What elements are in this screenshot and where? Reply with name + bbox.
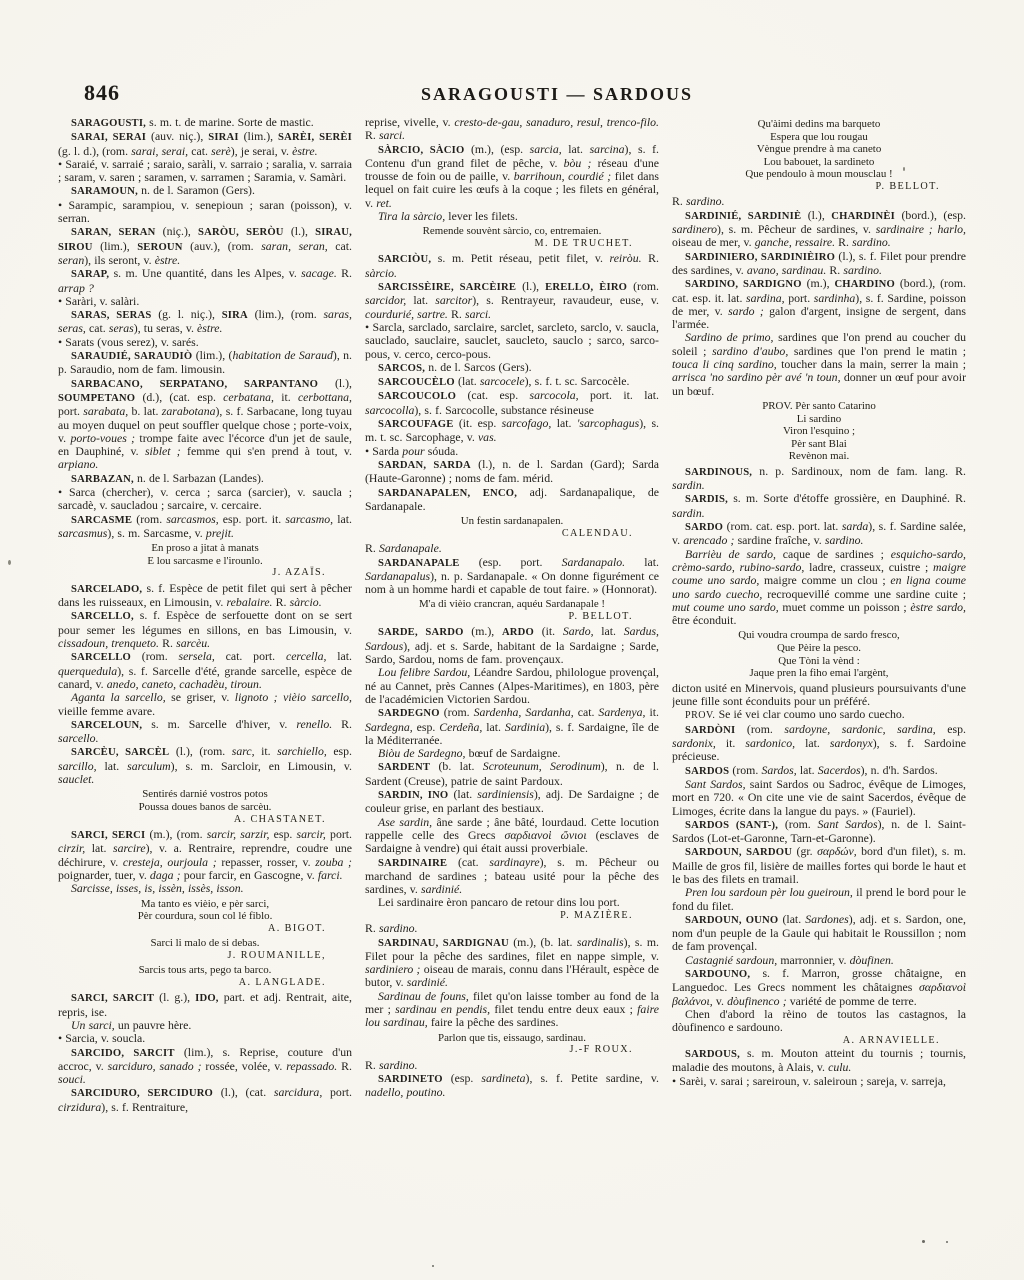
dictionary-entry: SARDINIERO, SARDINIÈIRO (l.), s. f. File…	[672, 250, 966, 278]
entry-text: Biòu de Sardegno,	[378, 746, 465, 760]
entry-text: renello.	[296, 717, 332, 731]
headword: SARAS, SERAS	[71, 310, 151, 321]
entry-text: σαρδών,	[817, 844, 857, 858]
verse-attribution: CALENDAU.	[365, 528, 659, 541]
cross-reference: • Sarca (chercher), v. cerca ; sarca (sa…	[58, 486, 352, 513]
entry-text: port. it. lat.	[579, 388, 659, 402]
entry-text: • Sarda	[365, 444, 402, 458]
entry-text: (bord.), (esp.	[895, 208, 966, 222]
dictionary-entry: SARAS, SERAS (g. l. niç.), SIRA (lim.), …	[58, 308, 352, 336]
entry-text: seras	[109, 321, 134, 335]
entry-text: harlo,	[937, 222, 966, 236]
entry-text: reiròu.	[610, 251, 642, 265]
cross-reference: • Sarèi, v. sarai ; sareiroun, v. saleir…	[672, 1075, 966, 1088]
headword: SARCI, SARCIT	[71, 993, 154, 1004]
entry-text: R.	[365, 541, 379, 555]
entry-text: recroquevillé comme une sardine cuite ;	[762, 587, 966, 601]
headword: SARCELADO,	[71, 584, 142, 595]
entry-text: caque de sardines ;	[776, 547, 891, 561]
headword: SARDINIÉ, SARDINIÈ	[685, 211, 801, 222]
entry-text: sarai, serai,	[131, 144, 188, 158]
entry-text: prejit.	[206, 526, 234, 540]
headword: CHARDINÈI	[831, 211, 895, 222]
entry-text: ), s. f. t. sc. Sarcocèle.	[525, 374, 630, 388]
entry-text: sardino.	[686, 194, 725, 208]
entry-text: R.	[835, 235, 852, 249]
entry-text: (rom.	[778, 817, 817, 831]
dictionary-entry: SARBACANO, SERPATANO, SARPANTANO (l.), S…	[58, 377, 352, 472]
entry-text: sardinau en pendis,	[395, 1002, 490, 1016]
headword: SARDIS,	[685, 494, 728, 505]
dictionary-entry: SARCELLO, s. f. Espèce de serfouette don…	[58, 609, 352, 650]
headword: SARDOS	[685, 766, 729, 777]
scan-speck	[946, 1241, 948, 1243]
dictionary-entry: Lou felibre Sardou, Léandre Sardou, phil…	[365, 666, 659, 706]
entry-text: sardonix,	[672, 736, 716, 750]
verse-block: Qui voudra croumpa de sardo fresco,Que P…	[672, 629, 966, 679]
entry-text: Sardegna,	[365, 720, 413, 734]
verse-line: Qui voudra croumpa de sardo fresco,	[672, 629, 966, 642]
dictionary-entry: Tira la sàrcio, lever les filets.	[365, 210, 659, 223]
entry-text: lat.	[551, 416, 576, 430]
entry-text: variété de pomme de terre.	[787, 994, 917, 1008]
headword: SARDE, SARDO	[378, 627, 464, 638]
entry-text: saran, seran,	[261, 239, 328, 253]
dictionary-entry: R. Sardanapale.	[365, 542, 659, 555]
entry-text: • Sarcla, sarclado, sarclaire, sarclet, …	[365, 320, 659, 361]
dictionary-entry: R. sardino.	[365, 1059, 659, 1072]
dictionary-entry: SARCI, SARCIT (l. g.), IDO, part. et adj…	[58, 991, 352, 1019]
headword: SIRAI	[208, 132, 238, 143]
entry-text: • Saràri, v. salàri.	[58, 294, 139, 308]
dictionary-entry: SARBAZAN, n. de l. Sarbazan (Landes).	[58, 472, 352, 486]
headword: ERELLO, ÈIRO	[545, 282, 627, 293]
entry-text: cissadoun, trenqueto.	[58, 636, 159, 650]
entry-text: ladre, crasseux, cuistre ;	[804, 560, 933, 574]
entry-text: Aganta la sarcello,	[71, 690, 166, 704]
headword: SARDOS (SANT-),	[685, 820, 778, 831]
entry-text: 'sarcophagus	[577, 416, 639, 430]
verse-block: En proso a jitat à manatsE lou sarcasme …	[58, 542, 352, 580]
dictionary-entry: SARDE, SARDO (m.), ARDO (it. Sardo, lat.…	[365, 625, 659, 666]
headword: SARDAN, SARDA	[378, 460, 471, 471]
headword: IDO,	[195, 993, 219, 1004]
scanned-dictionary-page: { "page": { "number": "846", "header": "…	[0, 0, 1024, 1280]
entry-text: Sardo,	[563, 624, 594, 638]
entry-text: sardines que l'on prend le matin ;	[788, 344, 966, 358]
entry-text: Lei sardinaire èron pancaro de retour di…	[378, 895, 620, 909]
dictionary-entry: Pren lou sardoun pèr lou gueiroun, il pr…	[672, 886, 966, 913]
dictionary-entry: SARDOUN, SARDOU (gr. σαρδών, bord d'un f…	[672, 845, 966, 886]
entry-text: querquedula	[58, 664, 117, 678]
entry-text: cerbatana,	[223, 390, 274, 404]
entry-text: ), tu seras, v.	[134, 321, 197, 335]
entry-text: esp. port. it.	[219, 512, 286, 526]
entry-text: ), s. f. Sarcocolle, substance résineuse	[414, 403, 594, 417]
entry-text: • Sarampic, sarampiou, v. senepioun ; sa…	[58, 198, 352, 225]
entry-text: sarcina	[590, 142, 625, 156]
entry-text: (m.), (b. lat.	[509, 935, 577, 949]
entry-text: avano, sardinau.	[747, 263, 826, 277]
entry-text: dicton usité en Minervois, quand plusieu…	[672, 681, 966, 708]
dictionary-entry: Biòu de Sardegno, bœuf de Sardaigne.	[365, 747, 659, 760]
entry-text: arpiano.	[58, 457, 98, 471]
headword: SARDINOUS,	[685, 467, 752, 478]
entry-text: ), s. Rentrayeur, ravaudeur, euse, v.	[472, 293, 659, 307]
dictionary-entry: SARCOUCOLO (cat. esp. sarcocola, port. i…	[365, 389, 659, 417]
entry-text: (lat.	[455, 374, 480, 388]
verse-line: Sarcis tous arts, pego ta barco.	[58, 964, 352, 977]
dictionary-entry: SÀRCIO, SÀCIO (m.), (esp. sarcia, lat. s…	[365, 143, 659, 210]
entry-text: Sardanapalus	[365, 569, 430, 583]
entry-text: lat.	[625, 555, 659, 569]
entry-text: Sardanapalo.	[562, 555, 625, 569]
entry-text: seran	[58, 253, 84, 267]
entry-text: (m.), (rom.	[145, 827, 206, 841]
verse-line: M'a di vièio crancran, aquéu Sardanapale…	[365, 598, 659, 611]
entry-text: (m.),	[802, 276, 835, 290]
verse-block: Sentirés darnié vostros potosPoussa doue…	[58, 788, 352, 826]
entry-text: sàrcio.	[365, 266, 397, 280]
verse-line: Viron l'esquino ;	[672, 425, 966, 438]
entry-text: Sant Sardos	[818, 817, 878, 831]
headword: SARCÈU, SARCÈL	[71, 747, 169, 758]
entry-text: èstre.	[292, 144, 317, 158]
entry-text: (lim.), (	[192, 348, 232, 362]
entry-text: R.	[365, 1058, 379, 1072]
headword: SARAGOUSTI,	[71, 118, 146, 129]
entry-text: sarc,	[232, 744, 255, 758]
entry-text: (lat.	[448, 787, 477, 801]
entry-text: (esp. port.	[460, 555, 562, 569]
entry-text: ), ils seront, v.	[84, 253, 154, 267]
entry-text: souci.	[58, 1072, 86, 1086]
verse-line: Qu'àimi dedins ma barqueto	[672, 118, 966, 131]
headword: SARDO	[685, 522, 723, 533]
dictionary-entry: SARDENT (b. lat. Scroteunum, Serodinum),…	[365, 760, 659, 788]
dictionary-entry: SARAMOUN, n. de l. Saramon (Gers).	[58, 184, 352, 198]
entry-text: Sant Sardos,	[685, 777, 746, 791]
entry-text: (rom. cat. esp. port. lat.	[723, 519, 842, 533]
headword: SARDINO, SARDIGNO	[685, 279, 802, 290]
entry-text: (l.), (rom.	[169, 744, 231, 758]
dictionary-entry: SARDINIÉ, SARDINIÈ (l.), CHARDINÈI (bord…	[672, 209, 966, 250]
dictionary-entry: Sant Sardos, saint Sardos ou Sadroc, évê…	[672, 778, 966, 818]
dictionary-entry: SARCI, SERCI (m.), (rom. sarcir, sarzir,…	[58, 828, 352, 882]
entry-text: R.	[337, 266, 352, 280]
entry-text: cirzir,	[58, 841, 85, 855]
entry-text: Pren lou sardoun pèr lou gueiroun,	[685, 885, 853, 899]
entry-text: ), s. f. Petite sardine, v.	[526, 1071, 659, 1085]
entry-text: pour	[402, 444, 424, 458]
entry-text: sarcidura,	[274, 1085, 322, 1099]
dictionary-entry: SARDANAPALEN, ENCO, adj. Sardanapalique,…	[365, 486, 659, 514]
entry-text: Castagnié sardoun,	[685, 953, 777, 967]
entry-text: port.	[322, 1085, 352, 1099]
entry-text: (l. g.),	[154, 990, 195, 1004]
entry-text: maigre comme un clou ;	[759, 573, 890, 587]
entry-text: esp.	[413, 720, 439, 734]
entry-text: ), s. m. Pêcheur de sardines, v.	[717, 222, 876, 236]
entry-text: sardinalis	[577, 935, 624, 949]
entry-text: ), s. m. Sarcloir, en Limousin, v.	[171, 759, 352, 773]
entry-text: (m.), (esp.	[464, 142, 529, 156]
verse-line: Ma tanto es vièio, e pèr sarci,	[58, 898, 352, 911]
headword: SARBAZAN,	[71, 474, 134, 485]
entry-text: sardonico,	[745, 736, 795, 750]
entry-text: sarcèu.	[176, 636, 210, 650]
entry-text: arrap ?	[58, 281, 94, 295]
entry-text: ), n. d'h. Sardos.	[861, 763, 938, 777]
verse-line: Parlon que tis, eissaugo, sardinau.	[365, 1032, 659, 1045]
headword: SÀRCIO, SÀCIO	[378, 145, 464, 156]
entry-text: zarabotana	[162, 404, 216, 418]
headword: SARAUDIÉ, SARAUDIÒ	[71, 351, 192, 362]
entry-text: sarcasmo,	[285, 512, 333, 526]
verse-block: PROV. Pèr santo CatarinoLi sardinoViron …	[672, 400, 966, 463]
dictionary-entry: dicton usité en Minervois, quand plusieu…	[672, 682, 966, 709]
dictionary-entry: SARDOUN, OUNO (lat. Sardones), adj. et s…	[672, 913, 966, 954]
entry-text: (g. l. niç.),	[151, 307, 221, 321]
entry-text: vièio sarcello,	[283, 690, 352, 704]
entry-text: n. de l. Sarbazan (Landes).	[134, 471, 264, 485]
entry-text: habitation de Saraud	[232, 348, 332, 362]
entry-text: sarcidor,	[365, 293, 406, 307]
entry-text: n. de l. Saramon (Gers).	[138, 183, 255, 197]
verse-line: Jaque pren la fiho emai l'argènt,	[672, 667, 966, 680]
entry-text: (m.),	[464, 624, 502, 638]
dictionary-entry: SARCELADO, s. f. Espèce de petit filet q…	[58, 582, 352, 610]
dictionary-entry: SARDIS, s. m. Sorte d'étoffe grossière, …	[672, 492, 966, 520]
entry-text: R.	[826, 263, 843, 277]
entry-text: R.	[332, 717, 352, 731]
entry-text: Sardinau de founs,	[378, 989, 469, 1003]
headword: SARAP,	[71, 269, 109, 280]
entry-text: vieille femme avare.	[58, 704, 155, 718]
entry-text: ), adj. et s. Sarde, habitant de la Sard…	[365, 639, 659, 666]
entry-text: (cat.	[447, 855, 489, 869]
dictionary-entry: SARDOUNO, s. f. Marron, grosse châtaigne…	[672, 967, 966, 1008]
entry-text: sarcello.	[58, 731, 99, 745]
entry-text: it.	[255, 744, 278, 758]
entry-text: sarcitor	[435, 293, 472, 307]
entry-text: sardino.	[379, 921, 418, 935]
entry-text: R.	[365, 921, 379, 935]
entry-text: sarci.	[465, 307, 491, 321]
cross-reference: • Sarcia, v. soucla.	[58, 1032, 352, 1045]
entry-text: sacage.	[301, 266, 337, 280]
verse-line: Espera que lou rougau	[672, 131, 966, 144]
entry-text: cat.	[328, 239, 352, 253]
entry-text: esp.	[327, 744, 352, 758]
entry-text: Sardinia	[505, 720, 545, 734]
entry-text: Sardenya,	[598, 705, 645, 719]
dictionary-entry: SARDINOUS, n. p. Sardinoux, nom de fam. …	[672, 465, 966, 493]
verse-line: Poussa doues banos de sarcèu.	[58, 801, 352, 814]
entry-text: sardo ;	[728, 304, 764, 318]
dictionary-entry: Lei sardinaire èron pancaro de retour di…	[365, 896, 659, 909]
entry-text: touca li cinq sardino,	[672, 357, 777, 371]
entry-text: nadello, poutino.	[365, 1085, 445, 1099]
entry-text: • Sarcia, v. soucla.	[58, 1031, 145, 1045]
entry-text: (l.),	[801, 208, 831, 222]
entry-text: Se ié vei clar coumo uno sardo cuecho.	[715, 707, 904, 721]
entry-text: bòu ;	[564, 156, 592, 170]
entry-text: esp.	[936, 722, 966, 736]
dictionary-entry: Sardino de primo, sardines que l'on pren…	[672, 331, 966, 397]
scan-speck	[903, 167, 905, 171]
entry-text: ), s. f. Rentraiture,	[101, 1100, 188, 1114]
dictionary-entry: SARDIN, INO (lat. sardiniensis), adj. De…	[365, 788, 659, 816]
verse-attribution: M. DE TRUCHET.	[365, 238, 659, 251]
entry-text: R.	[365, 128, 379, 142]
verse-line: Remende souvènt sàrcio, co, entremaien.	[365, 225, 659, 238]
entry-text: lignoto ;	[235, 690, 278, 704]
entry-text: s. m. Petit réseau, petit filet, v.	[431, 251, 609, 265]
entry-text: sardiniero ;	[365, 962, 420, 976]
dictionary-entry: Sardinau de founs, filet qu'on laisse to…	[365, 990, 659, 1030]
entry-text: (rom.	[735, 722, 784, 736]
entry-text: zouba ;	[315, 855, 352, 869]
entry-text: èstre.	[155, 253, 180, 267]
cross-reference: • Sarda pour sóuda.	[365, 445, 659, 458]
dictionary-entry: SARCELOUN, s. m. Sarcelle d'hiver, v. re…	[58, 718, 352, 746]
entry-text: filet tendu entre deux eaux ;	[490, 1002, 637, 1016]
entry-text: (rom.	[132, 512, 166, 526]
headword: SARDOUS,	[685, 1049, 740, 1060]
headword: SARCIDO, SARCIT	[71, 1048, 175, 1059]
dictionary-entry: Sarcisse, isses, is, issèn, issès, isson…	[58, 882, 352, 895]
headword: SARDIN, INO	[378, 790, 448, 801]
cross-reference: • Saràri, v. salàri.	[58, 295, 352, 308]
verse-block: Sarcis tous arts, pego ta barco.A. LANGL…	[58, 964, 352, 989]
entry-text: ret.	[376, 196, 392, 210]
headword: SARDEGNO	[378, 708, 440, 719]
headword: SARAN, SERAN	[71, 227, 155, 238]
dictionary-entry: SARDOS (SANT-), (rom. Sant Sardos), n. d…	[672, 818, 966, 846]
entry-text: n. p. Sardinoux, nom de fam. lang. R.	[752, 464, 966, 478]
entry-text: (auv. niç.),	[146, 129, 208, 143]
entry-text: lat.	[795, 736, 830, 750]
headword: SARDÒNI	[685, 725, 735, 736]
entry-text: sardino.	[843, 263, 882, 277]
headword: SARCOUFAGE	[378, 419, 453, 430]
entry-text: Sardino de primo,	[685, 330, 773, 344]
entry-text: (l.),	[284, 224, 315, 238]
entry-text: sarcir, sarzir,	[207, 827, 270, 841]
headword: SARBACANO, SERPATANO, SARPANTANO	[71, 379, 318, 390]
dictionary-entry: SARDINETO (esp. sardineta), s. f. Petite…	[365, 1072, 659, 1100]
entry-text: repassado.	[286, 1059, 337, 1073]
entry-text: • Sarca (chercher), v. cerca ; sarca (sa…	[58, 485, 352, 512]
entry-text: R.	[337, 1059, 352, 1073]
entry-text: lat.	[333, 512, 352, 526]
entry-text: sardin.	[672, 478, 705, 492]
entry-text: Sarcisse, isses, is, issèn, issès, isson…	[71, 881, 244, 895]
entry-text: Sacerdos	[818, 763, 861, 777]
dictionary-entry: SARDINAIRE (cat. sardinayre), s. m. Pêch…	[365, 856, 659, 897]
headword: SOUMPETANO	[58, 393, 135, 404]
headword: SARDINAIRE	[378, 858, 447, 869]
entry-text: (g. l. d.), (rom.	[58, 144, 131, 158]
entry-text: (esp.	[443, 1071, 482, 1085]
entry-text: Ase sardin,	[378, 815, 432, 829]
entry-text: R.	[672, 194, 686, 208]
entry-text: it.	[274, 390, 298, 404]
verse-attribution: A. BIGOT.	[58, 923, 352, 936]
entry-text: sardino.	[825, 533, 864, 547]
headword: SARDOUN, SARDOU	[685, 847, 792, 858]
entry-text: (rom.	[729, 763, 761, 777]
headword: SARCISSÈIRE, SARCÈIRE	[378, 282, 516, 293]
entry-text: mut coume uno sardo,	[672, 600, 779, 614]
cross-reference: • Sarampic, sarampiou, v. senepioun ; sa…	[58, 199, 352, 226]
running-head: SARAGOUSTI — SARDOUS	[0, 84, 1024, 105]
entry-text: • Saraié, v. sarraié ; saraio, saràli, v…	[58, 157, 352, 184]
headword: SARCIÒU,	[378, 254, 431, 265]
dictionary-entry: reprise, vivelle, v. cresto-de-gau, sana…	[365, 116, 659, 143]
entry-text: dòufinenco ;	[727, 994, 787, 1008]
entry-text: sarda	[842, 519, 868, 533]
headword: SARDINAU, SARDIGNAU	[378, 938, 509, 949]
entry-text: muet comme un poisson ;	[779, 600, 911, 614]
entry-text: sarci.	[379, 128, 405, 142]
entry-text: barrihoun, courdié ;	[514, 169, 611, 183]
headword: SARDANAPALE	[378, 558, 460, 569]
verse-block: Ma tanto es vièio, e pèr sarci,Pèr courd…	[58, 898, 352, 936]
verse-block: Sarci li malo de si debas.J. ROUMANILLE,	[58, 937, 352, 962]
entry-text: femme qui s'en prend à tout, v.	[181, 444, 352, 458]
entry-text: s. m. Sorte d'étoffe grossière, en Dauph…	[728, 491, 966, 505]
dictionary-entry: Un sarci, un pauvre hère.	[58, 1019, 352, 1032]
headword: SARCOUCOLO	[378, 391, 456, 402]
entry-text: siblet ;	[145, 444, 181, 458]
cross-reference: • Sarcla, sarclado, sarclaire, sarclet, …	[365, 321, 659, 361]
entry-text: lat.	[406, 293, 435, 307]
entry-text: sardine fraîche, v.	[734, 533, 824, 547]
entry-text: n. de l. Sarcos (Gers).	[425, 360, 532, 374]
entry-text: bœuf de Sardaigne.	[465, 746, 560, 760]
dictionary-entry: R. sardino.	[672, 195, 966, 208]
headword: SEROUN	[137, 242, 182, 253]
column-left: SARAGOUSTI, s. m. t. de marine. Sorte de…	[58, 116, 352, 1256]
entry-text: oiseau de mer, v.	[672, 235, 755, 249]
dictionary-entry: SARDANAPALE (esp. port. Sardanapalo. lat…	[365, 556, 659, 597]
column-middle: reprise, vivelle, v. cresto-de-gau, sana…	[365, 116, 659, 1256]
dictionary-entry: SARCELLO (rom. sersela, cat. port. cerce…	[58, 650, 352, 691]
entry-text: èstre.	[197, 321, 222, 335]
entry-text: dòufinen.	[850, 953, 894, 967]
entry-text: v.	[713, 994, 727, 1008]
headword: SARCASME	[71, 515, 132, 526]
entry-text: sarcasmus	[58, 526, 107, 540]
entry-text: lat.	[797, 763, 818, 777]
verse-attribution: J. ROUMANILLE,	[58, 950, 352, 963]
dictionary-entry: SARCIDO, SARCIT (lim.), s. Reprise, cout…	[58, 1046, 352, 1087]
scan-speck	[922, 1240, 925, 1243]
entry-text: port.	[326, 827, 352, 841]
headword: SARDINIERO, SARDINIÈIRO	[685, 252, 835, 263]
entry-text: • Sarats (vous serez), v. sarés.	[58, 335, 199, 349]
dictionary-entry: SARDINO, SARDIGNO (m.), CHARDINO (bord.)…	[672, 277, 966, 331]
dictionary-entry: SARCOS, n. de l. Sarcos (Gers).	[365, 361, 659, 375]
entry-text: Barrièu de sardo,	[685, 547, 776, 561]
entry-text: cat.	[574, 705, 599, 719]
headword: SARCELLO,	[71, 611, 134, 622]
dictionary-entry: SARCÈU, SARCÈL (l.), (rom. sarc, it. sar…	[58, 745, 352, 786]
entry-text: Lou felibre Sardou,	[378, 665, 470, 679]
verse-block: M'a di vièio crancran, aquéu Sardanapale…	[365, 598, 659, 623]
